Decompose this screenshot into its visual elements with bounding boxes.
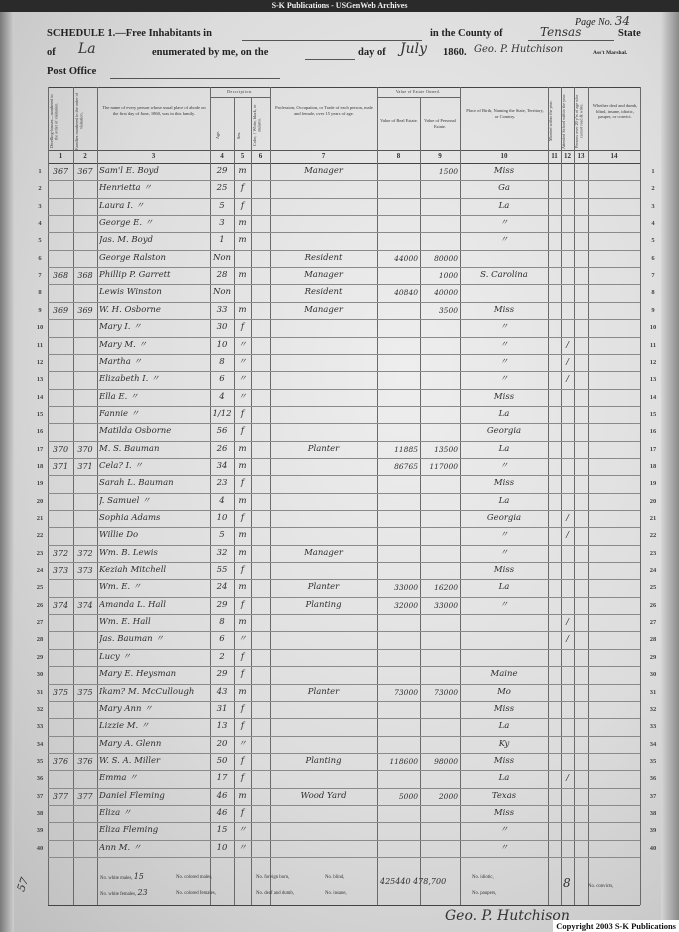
sex: 〃 — [236, 354, 249, 371]
occupation — [272, 805, 375, 822]
person-name: Emma 〃 — [99, 770, 208, 787]
dwelling-number — [50, 493, 71, 510]
occupation: Planter — [272, 579, 375, 596]
married-mark — [550, 736, 559, 753]
dwelling-number: 376 — [50, 753, 71, 770]
personal-estate-value: 40000 — [422, 284, 458, 301]
dwelling-number — [50, 666, 71, 683]
age: 8 — [212, 614, 232, 631]
convicts-label: No. convicts, — [588, 884, 613, 889]
personal-estate-value — [422, 319, 458, 336]
grid-hline — [48, 87, 640, 88]
personal-estate-value — [422, 406, 458, 423]
school-mark — [563, 250, 572, 267]
personal-estate-value — [422, 770, 458, 787]
sex: f — [236, 510, 249, 527]
person-name: George Ralston — [99, 250, 208, 267]
sex: f — [236, 597, 249, 614]
married-mark — [550, 718, 559, 735]
family-number: 376 — [75, 753, 95, 770]
illiterate-mark — [576, 423, 586, 440]
family-number: 375 — [75, 684, 95, 701]
school-mark — [563, 389, 572, 406]
age: 29 — [212, 666, 232, 683]
real-estate-value: 73000 — [379, 684, 418, 701]
dwelling-number — [50, 840, 71, 857]
sex: f — [236, 718, 249, 735]
grid-vline — [420, 97, 421, 905]
row-number-right: 24 — [646, 562, 660, 579]
family-number — [75, 493, 95, 510]
column-number: 12 — [561, 152, 574, 160]
married-mark — [550, 371, 559, 388]
white-males: No. white males, 15 — [100, 872, 144, 881]
row-number-right: 40 — [646, 840, 660, 857]
school-mark — [563, 788, 572, 805]
school-mark — [563, 545, 572, 562]
occupation — [272, 354, 375, 371]
age: 10 — [212, 337, 232, 354]
person-name: Laura I. 〃 — [99, 198, 208, 215]
school-mark: / — [563, 631, 572, 648]
row-number-left: 21 — [33, 510, 47, 527]
row-number-right: 15 — [646, 406, 660, 423]
school-mark — [563, 302, 572, 319]
married-mark — [550, 198, 559, 215]
occupation: Manager — [272, 163, 375, 180]
married-mark — [550, 788, 559, 805]
family-number: 371 — [75, 458, 95, 475]
dwelling-number — [50, 319, 71, 336]
family-number — [75, 319, 95, 336]
sex: f — [236, 475, 249, 492]
row-number-right: 7 — [646, 267, 660, 284]
row-number-right: 9 — [646, 302, 660, 319]
dwelling-number — [50, 371, 71, 388]
row-number-right: 14 — [646, 389, 660, 406]
col6-header: Color, { White, black, or mulatto. — [253, 100, 269, 150]
row-number-right: 31 — [646, 684, 660, 701]
real-estate-value — [379, 198, 418, 215]
row-number-left: 1 — [33, 163, 47, 180]
row-number-right: 18 — [646, 458, 660, 475]
age: 6 — [212, 631, 232, 648]
grid-vline — [640, 87, 641, 905]
family-number — [75, 250, 95, 267]
family-number — [75, 614, 95, 631]
married-mark — [550, 319, 559, 336]
birthplace: 〃 — [462, 319, 546, 336]
real-estate-value — [379, 180, 418, 197]
illiterate-mark — [576, 389, 586, 406]
real-estate-value: 5000 — [379, 788, 418, 805]
dwelling-number — [50, 614, 71, 631]
age: Non — [212, 284, 232, 301]
row-number-left: 12 — [33, 354, 47, 371]
occupation — [272, 666, 375, 683]
illiterate-mark — [576, 458, 586, 475]
married-mark — [550, 666, 559, 683]
family-number: 370 — [75, 441, 95, 458]
estate-totals: 425440 478,700 — [380, 877, 446, 886]
family-number — [75, 579, 95, 596]
real-estate-value — [379, 527, 418, 544]
age: Non — [212, 250, 232, 267]
row-number-right: 28 — [646, 631, 660, 648]
row-number-right: 3 — [646, 198, 660, 215]
birthplace: Miss — [462, 701, 546, 718]
sex: 〃 — [236, 389, 249, 406]
grid-vline — [48, 87, 49, 905]
col14-header: Whether deaf and dumb, blind, insane, id… — [590, 103, 640, 120]
person-name: Mary I. 〃 — [99, 319, 208, 336]
sex: f — [236, 180, 249, 197]
family-number — [75, 475, 95, 492]
row-number-right: 32 — [646, 701, 660, 718]
sex: m — [236, 684, 249, 701]
row-number-right: 21 — [646, 510, 660, 527]
illiterate-mark — [576, 597, 586, 614]
illiterate-mark — [576, 441, 586, 458]
married-mark — [550, 215, 559, 232]
col1-header: Dwelling-houses—numbered in the order of… — [50, 92, 70, 150]
birthplace — [462, 649, 546, 666]
row-number-right: 17 — [646, 441, 660, 458]
personal-estate-value — [422, 736, 458, 753]
personal-estate-value — [422, 718, 458, 735]
person-name: Ann M. 〃 — [99, 840, 208, 857]
sex: 〃 — [236, 736, 249, 753]
personal-estate-value — [422, 510, 458, 527]
birthplace: Miss — [462, 753, 546, 770]
dwelling-number — [50, 406, 71, 423]
illiterate-mark — [576, 718, 586, 735]
school-mark — [563, 198, 572, 215]
dwelling-number — [50, 215, 71, 232]
dwelling-number — [50, 701, 71, 718]
personal-estate-value: 13500 — [422, 441, 458, 458]
occupation — [272, 215, 375, 232]
birthplace: Miss — [462, 389, 546, 406]
person-name: Mary M. 〃 — [99, 337, 208, 354]
row-number-right: 10 — [646, 319, 660, 336]
estate-header: Value of Estate Owned. — [378, 89, 458, 95]
row-number-left: 4 — [33, 215, 47, 232]
birthplace: 〃 — [462, 354, 546, 371]
row-number-right: 37 — [646, 788, 660, 805]
grid-hline — [377, 97, 460, 98]
person-name: Ella E. 〃 — [99, 389, 208, 406]
person-name: Sarah L. Bauman — [99, 475, 208, 492]
birthplace: 〃 — [462, 840, 546, 857]
family-number — [75, 423, 95, 440]
birthplace: Ky — [462, 736, 546, 753]
column-number: 4 — [210, 152, 234, 160]
white-females-value: 23 — [137, 888, 147, 897]
family-number — [75, 718, 95, 735]
illiterate-mark — [576, 822, 586, 839]
school-mark — [563, 597, 572, 614]
row-number-right: 8 — [646, 284, 660, 301]
birthplace: 〃 — [462, 458, 546, 475]
illiterate-mark — [576, 406, 586, 423]
col8-header: Value of Real Estate. — [380, 118, 418, 124]
sex: 〃 — [236, 822, 249, 839]
married-mark — [550, 770, 559, 787]
row-number-right: 4 — [646, 215, 660, 232]
real-estate-value — [379, 822, 418, 839]
grid-vline — [210, 87, 211, 905]
colored-females-label: No. colored females, — [176, 891, 216, 896]
real-estate-value — [379, 423, 418, 440]
person-name: Eliza 〃 — [99, 805, 208, 822]
birthplace: La — [462, 718, 546, 735]
birthplace: 〃 — [462, 545, 546, 562]
age: 20 — [212, 736, 232, 753]
birthplace: Georgia — [462, 510, 546, 527]
birthplace: Miss — [462, 163, 546, 180]
person-name: Lucy 〃 — [99, 649, 208, 666]
real-estate-value: 33000 — [379, 579, 418, 596]
column-number: 6 — [251, 152, 270, 160]
col12-header: Attended School within the year. — [562, 92, 574, 150]
occupation — [272, 718, 375, 735]
birthplace: La — [462, 770, 546, 787]
real-estate-value — [379, 354, 418, 371]
personal-estate-value: 1000 — [422, 267, 458, 284]
birthplace: Mo — [462, 684, 546, 701]
real-estate-value: 32000 — [379, 597, 418, 614]
school-total-value: 8 — [563, 876, 571, 890]
birthplace: 〃 — [462, 597, 546, 614]
family-number — [75, 736, 95, 753]
personal-estate-value — [422, 805, 458, 822]
dwelling-number: 377 — [50, 788, 71, 805]
age: 4 — [212, 389, 232, 406]
personal-estate-value — [422, 475, 458, 492]
family-number: 373 — [75, 562, 95, 579]
sex: f — [236, 770, 249, 787]
age: 6 — [212, 371, 232, 388]
row-number-left: 17 — [33, 441, 47, 458]
family-number: 367 — [75, 163, 95, 180]
row-number-left: 38 — [33, 805, 47, 822]
personal-estate-value — [422, 614, 458, 631]
person-name: Daniel Fleming — [99, 788, 208, 805]
occupation — [272, 423, 375, 440]
person-name: W. H. Osborne — [99, 302, 208, 319]
age: 32 — [212, 545, 232, 562]
personal-estate-value: 1500 — [422, 163, 458, 180]
school-mark: / — [563, 371, 572, 388]
family-number — [75, 284, 95, 301]
personal-estate-value — [422, 232, 458, 249]
school-mark — [563, 267, 572, 284]
personal-estate-value: 98000 — [422, 753, 458, 770]
row-number-left: 36 — [33, 770, 47, 787]
occupation: Planting — [272, 753, 375, 770]
school-mark — [563, 163, 572, 180]
family-number: 374 — [75, 597, 95, 614]
occupation: Manager — [272, 545, 375, 562]
row-number-right: 25 — [646, 579, 660, 596]
occupation: Wood Yard — [272, 788, 375, 805]
dwelling-number: 373 — [50, 562, 71, 579]
row-number-right: 16 — [646, 423, 660, 440]
person-name: Wm. E. 〃 — [99, 579, 208, 596]
person-name: Willie Do — [99, 527, 208, 544]
real-estate-value — [379, 701, 418, 718]
age: 15 — [212, 822, 232, 839]
real-estate-value — [379, 770, 418, 787]
personal-estate-value: 16200 — [422, 579, 458, 596]
age: 26 — [212, 441, 232, 458]
illiterate-mark — [576, 788, 586, 805]
sex: m — [236, 614, 249, 631]
row-number-left: 13 — [33, 371, 47, 388]
sex: m — [236, 163, 249, 180]
illiterate-mark — [576, 666, 586, 683]
dwelling-number — [50, 736, 71, 753]
row-number-left: 16 — [33, 423, 47, 440]
col11-header: Married within the year. — [549, 92, 561, 150]
row-number-left: 29 — [33, 649, 47, 666]
sex: m — [236, 788, 249, 805]
sex: m — [236, 302, 249, 319]
married-mark — [550, 354, 559, 371]
family-number — [75, 215, 95, 232]
age: 46 — [212, 805, 232, 822]
married-mark — [550, 527, 559, 544]
age: 17 — [212, 770, 232, 787]
birthplace: Ga — [462, 180, 546, 197]
real-estate-value — [379, 736, 418, 753]
occupation: Resident — [272, 250, 375, 267]
illiterate-mark — [576, 562, 586, 579]
row-number-right: 20 — [646, 493, 660, 510]
insane-label: No. insane, — [325, 891, 347, 896]
row-number-left: 7 — [33, 267, 47, 284]
column-number: 2 — [73, 152, 97, 160]
row-number-right: 22 — [646, 527, 660, 544]
occupation: Planter — [272, 684, 375, 701]
sex: m — [236, 232, 249, 249]
birthplace: La — [462, 441, 546, 458]
illiterate-mark — [576, 493, 586, 510]
school-mark — [563, 475, 572, 492]
real-estate-value — [379, 371, 418, 388]
family-number — [75, 666, 95, 683]
person-name: Jas. M. Boyd — [99, 232, 208, 249]
family-number — [75, 180, 95, 197]
personal-estate-value — [422, 545, 458, 562]
married-mark — [550, 250, 559, 267]
dwelling-number — [50, 337, 71, 354]
column-number: 13 — [574, 152, 588, 160]
school-mark — [563, 441, 572, 458]
personal-estate-value — [422, 649, 458, 666]
row-number-right: 19 — [646, 475, 660, 492]
sex: 〃 — [236, 631, 249, 648]
birthplace — [462, 250, 546, 267]
row-number-left: 15 — [33, 406, 47, 423]
illiterate-mark — [576, 684, 586, 701]
birthplace: La — [462, 406, 546, 423]
row-number-left: 33 — [33, 718, 47, 735]
dwelling-number — [50, 510, 71, 527]
illiterate-mark — [576, 319, 586, 336]
real-estate-value — [379, 337, 418, 354]
birthplace — [462, 284, 546, 301]
grid-hline — [48, 150, 640, 151]
birthplace: 〃 — [462, 527, 546, 544]
col3-header: The name of every person whose usual pla… — [100, 105, 208, 116]
sex: f — [236, 753, 249, 770]
person-name: Amanda L. Hall — [99, 597, 208, 614]
age: 34 — [212, 458, 232, 475]
married-mark — [550, 406, 559, 423]
occupation — [272, 198, 375, 215]
age: 24 — [212, 579, 232, 596]
personal-estate-value — [422, 822, 458, 839]
age: 30 — [212, 319, 232, 336]
sex: f — [236, 666, 249, 683]
row-number-right: 5 — [646, 232, 660, 249]
school-mark — [563, 684, 572, 701]
occupation — [272, 840, 375, 857]
family-number — [75, 389, 95, 406]
row-number-left: 22 — [33, 527, 47, 544]
row-number-left: 19 — [33, 475, 47, 492]
row-number-left: 40 — [33, 840, 47, 857]
row-number-right: 35 — [646, 753, 660, 770]
school-mark — [563, 180, 572, 197]
school-mark — [563, 649, 572, 666]
occupation — [272, 337, 375, 354]
grid-vline — [460, 87, 461, 905]
school-mark — [563, 284, 572, 301]
white-males-value: 15 — [134, 872, 144, 881]
birthplace: 〃 — [462, 822, 546, 839]
occupation — [272, 614, 375, 631]
illiterate-mark — [576, 701, 586, 718]
sex: m — [236, 215, 249, 232]
occupation — [272, 562, 375, 579]
real-estate-value: 11885 — [379, 441, 418, 458]
illiterate-mark — [576, 649, 586, 666]
illiterate-mark — [576, 267, 586, 284]
birthplace: 〃 — [462, 371, 546, 388]
married-mark — [550, 180, 559, 197]
real-estate-value — [379, 215, 418, 232]
row-number-left: 28 — [33, 631, 47, 648]
age: 3 — [212, 215, 232, 232]
family-number — [75, 770, 95, 787]
married-mark — [550, 423, 559, 440]
occupation — [272, 180, 375, 197]
dwelling-number: 369 — [50, 302, 71, 319]
idiotic-label: No. idiotic, — [472, 875, 494, 880]
age: 31 — [212, 701, 232, 718]
married-mark — [550, 684, 559, 701]
family-number — [75, 354, 95, 371]
sex — [236, 284, 249, 301]
birthplace: 〃 — [462, 232, 546, 249]
real-estate-value — [379, 493, 418, 510]
illiterate-mark — [576, 840, 586, 857]
column-number: 11 — [548, 152, 561, 160]
sex: f — [236, 805, 249, 822]
